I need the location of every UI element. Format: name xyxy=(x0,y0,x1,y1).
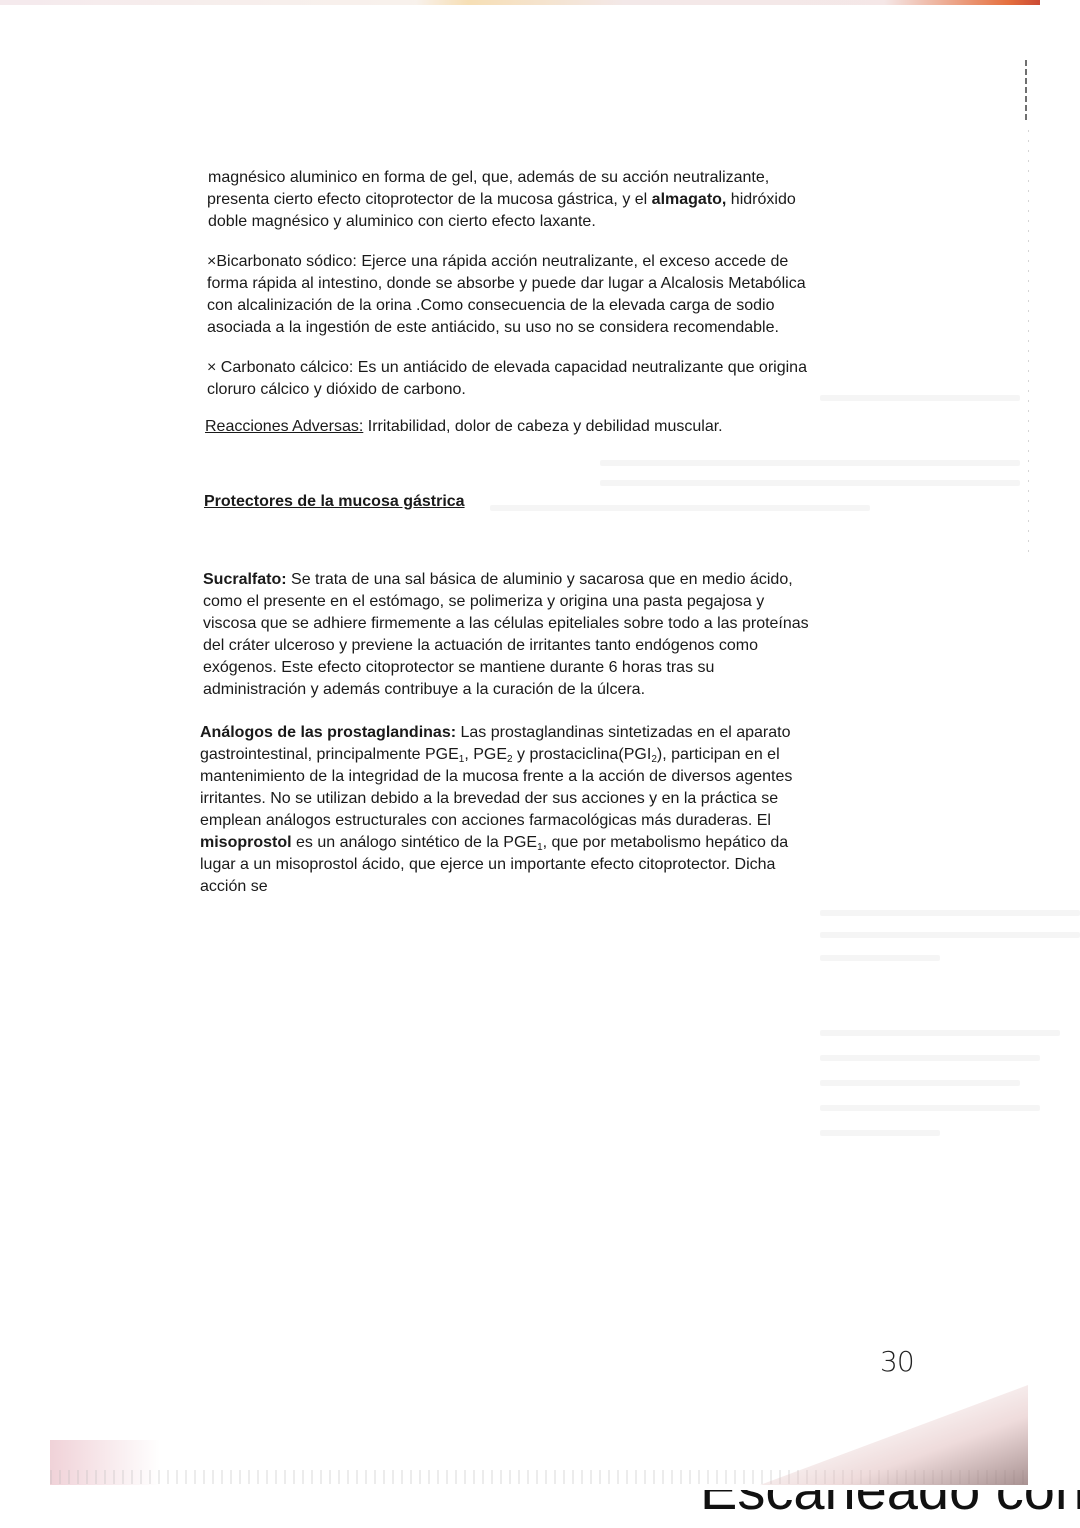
paragraph-reacciones-adversas: Reacciones Adversas: Irritabilidad, dolo… xyxy=(205,416,723,438)
text-line: misoprostol es un análogo sintético de l… xyxy=(200,832,792,854)
text-line: acción se xyxy=(200,876,792,898)
text-line: presenta cierto efecto citoprotector de … xyxy=(207,189,796,211)
bleed-through xyxy=(820,955,940,961)
text-line: lugar a un misoprostol ácido, que ejerce… xyxy=(200,854,792,876)
text-line: emplean análogos estructurales con accio… xyxy=(200,810,792,832)
text-line: viscosa que se adhiere firmemente a las … xyxy=(203,613,809,635)
term-prostaglandinas: Análogos de las prostaglandinas: xyxy=(200,724,456,741)
text-span: , que por metabolismo hepático da xyxy=(543,834,788,851)
text-line: cloruro cálcico y dióxido de carbono. xyxy=(207,379,807,401)
scan-right-mark xyxy=(1025,60,1027,120)
bleed-through xyxy=(600,480,1020,486)
text-line: irritantes. No se utilizan debido a la b… xyxy=(200,788,792,810)
bleed-through xyxy=(820,1030,1060,1036)
text-line: exógenos. Este efecto citoprotector se m… xyxy=(203,657,809,679)
text-span: hidróxido xyxy=(726,191,795,208)
text-line: ×Bicarbonato sódico: Ejerce una rápida a… xyxy=(207,251,806,273)
page-number: 30 xyxy=(880,1345,914,1378)
term-almagato: almagato, xyxy=(652,191,727,208)
text-line: Análogos de las prostaglandinas: Las pro… xyxy=(200,722,792,744)
text-span: Se trata de una sal básica de aluminio y… xyxy=(287,571,793,588)
scan-corner-shadow xyxy=(760,1385,1028,1485)
bleed-through xyxy=(820,932,1080,938)
text-line: magnésico aluminico en forma de gel, que… xyxy=(208,167,796,189)
text-line: mantenimiento de la integridad de la muc… xyxy=(200,766,792,788)
bleed-through xyxy=(820,1080,1020,1086)
scan-top-edge xyxy=(0,0,1040,5)
paragraph-prostaglandinas: Análogos de las prostaglandinas: Las pro… xyxy=(200,722,792,898)
text-line: Sucralfato: Se trata de una sal básica d… xyxy=(203,569,809,591)
label-reacciones-adversas: Reacciones Adversas: xyxy=(205,418,363,435)
text-span: es un análogo sintético de la PGE xyxy=(292,834,538,851)
text-span: Irritabilidad, dolor de cabeza y debilid… xyxy=(363,418,722,435)
text-line: del cráter ulceroso y previene la actuac… xyxy=(203,635,809,657)
term-sucralfato: Sucralfato: xyxy=(203,571,287,588)
bleed-through xyxy=(600,460,1020,466)
scan-right-dots xyxy=(1028,130,1029,560)
text-line: gastrointestinal, principalmente PGE1, P… xyxy=(200,744,792,766)
text-line: forma rápida al intestino, donde se abso… xyxy=(207,273,806,295)
text-line: asociada a la ingestión de este antiácid… xyxy=(207,317,806,339)
bleed-through xyxy=(820,910,1080,916)
text-line: × Carbonato cálcico: Es un antiácido de … xyxy=(207,357,807,379)
paragraph-almagato: magnésico aluminico en forma de gel, que… xyxy=(208,167,796,233)
text-span: y prostaciclina(PGI xyxy=(513,746,652,763)
paragraph-carbonato: × Carbonato cálcico: Es un antiácido de … xyxy=(207,357,807,401)
paragraph-sucralfato: Sucralfato: Se trata de una sal básica d… xyxy=(203,569,809,701)
bleed-through xyxy=(820,1105,1040,1111)
bleed-through xyxy=(820,1055,1040,1061)
bleed-through xyxy=(820,395,1020,401)
text-span: presenta cierto efecto citoprotector de … xyxy=(207,191,652,208)
text-span: ), participan en el xyxy=(657,746,780,763)
paragraph-bicarbonato: ×Bicarbonato sódico: Ejerce una rápida a… xyxy=(207,251,806,339)
text-span: gastrointestinal, principalmente PGE xyxy=(200,746,459,763)
text-line: Reacciones Adversas: Irritabilidad, dolo… xyxy=(205,416,723,438)
text-line: administración y además contribuye a la … xyxy=(203,679,809,701)
text-span: Las prostaglandinas sintetizadas en el a… xyxy=(456,724,790,741)
text-span: , PGE xyxy=(464,746,507,763)
term-misoprostol: misoprostol xyxy=(200,834,292,851)
text-line: con alcalinización de la orina .Como con… xyxy=(207,295,806,317)
section-heading: Protectores de la mucosa gástrica xyxy=(204,493,465,511)
text-line: como el presente en el estómago, se poli… xyxy=(203,591,809,613)
bleed-through xyxy=(820,1130,940,1136)
bleed-through xyxy=(490,505,870,511)
text-line: doble magnésico y aluminico con cierto e… xyxy=(208,211,796,233)
